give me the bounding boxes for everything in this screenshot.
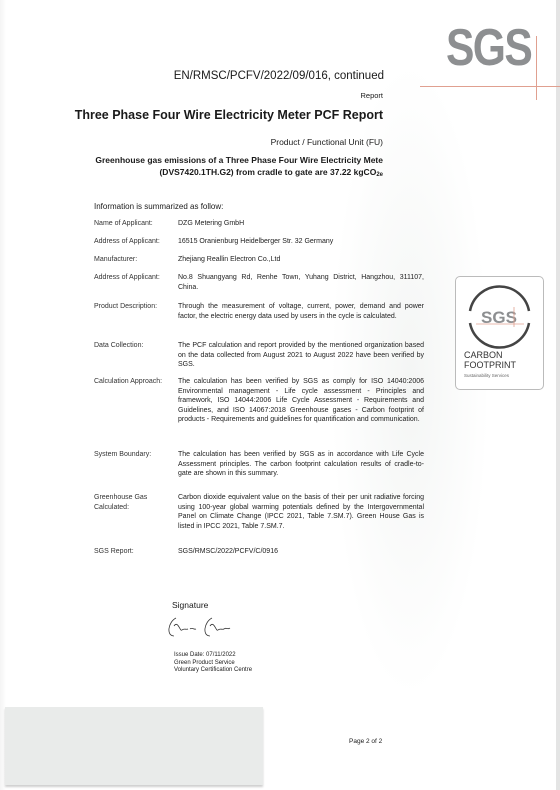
info-label: Address of Applicant:	[94, 237, 174, 247]
info-value: The calculation has been verified by SGS…	[178, 377, 424, 425]
page-shadow-left	[0, 0, 6, 790]
ghg-line-1: Greenhouse gas emissions of a Three Phas…	[95, 154, 383, 166]
redaction-box	[5, 707, 263, 785]
report-label: Report	[360, 91, 383, 100]
issuer-org-2: Voluntary Certification Centre	[174, 667, 252, 675]
issuer-org-1: Green Product Service	[174, 660, 252, 668]
signature-image	[164, 612, 234, 642]
ghg-line-2: (DVS7420.1TH.G2) from cradle to gate are…	[95, 166, 383, 181]
info-value: No.8 Shuangyang Rd, Renhe Town, Yuhang D…	[178, 273, 424, 292]
info-label: Data Collection:	[94, 341, 174, 351]
info-value: Zhejiang Reallin Electron Co.,Ltd	[178, 255, 424, 265]
info-value: Carbon dioxide equivalent value on the b…	[178, 493, 424, 531]
issue-date: Issue Date: 07/11/2022	[174, 652, 252, 660]
info-label: SGS Report:	[94, 547, 174, 557]
carbon-footprint-badge: SGS CARBON FOOTPRINT Sustainability Serv…	[455, 276, 544, 390]
sgs-logo-text: SGS	[446, 18, 531, 78]
badge-footprint: FOOTPRINT	[464, 360, 516, 370]
badge-title: CARBON FOOTPRINT	[464, 350, 516, 370]
info-value: 16515 Oranienburg Heidelberger Str. 32 G…	[178, 237, 424, 247]
issue-info: Issue Date: 07/11/2022 Green Product Ser…	[174, 652, 252, 675]
sgs-logo: SGS	[446, 18, 542, 80]
ghg-statement: Greenhouse gas emissions of a Three Phas…	[95, 154, 383, 181]
info-label: System Boundary:	[94, 450, 174, 460]
info-value: The calculation has been verified by SGS…	[178, 450, 424, 479]
logo-crosshair-h	[420, 86, 560, 87]
info-label: Calculation Approach:	[94, 377, 174, 387]
badge-logo-icon: SGS	[456, 277, 543, 352]
report-title: Three Phase Four Wire Electricity Meter …	[75, 108, 383, 122]
info-value: DZG Metering GmbH	[178, 219, 424, 229]
logo-crosshair-v	[536, 36, 537, 100]
page-edge	[556, 0, 560, 790]
badge-subtitle: Sustainability Services	[464, 373, 509, 378]
ghg-subscript: 2e	[376, 172, 383, 178]
info-value: Through the measurement of voltage, curr…	[178, 302, 424, 321]
badge-carbon: CARBON	[464, 350, 516, 360]
ghg-value-text: (DVS7420.1TH.G2) from cradle to gate are…	[159, 167, 376, 177]
info-value: The PCF calculation and report provided …	[178, 341, 424, 370]
info-label: Greenhouse Gas Calculated:	[94, 493, 174, 512]
summary-intro: Information is summarized as follow:	[94, 202, 223, 211]
info-label: Manufacturer:	[94, 255, 174, 265]
report-reference: EN/RMSC/PCFV/2022/09/016, continued	[174, 70, 384, 82]
functional-unit-heading: Product / Functional Unit (FU)	[271, 137, 383, 147]
signature-label: Signature	[172, 600, 208, 610]
info-label: Product Description:	[94, 302, 174, 312]
info-value: SGS/RMSC/2022/PCFV/C/0916	[178, 547, 424, 557]
page-number: Page 2 of 2	[349, 738, 382, 745]
info-label: Name of Applicant:	[94, 219, 174, 229]
info-label: Address of Applicant:	[94, 273, 174, 283]
